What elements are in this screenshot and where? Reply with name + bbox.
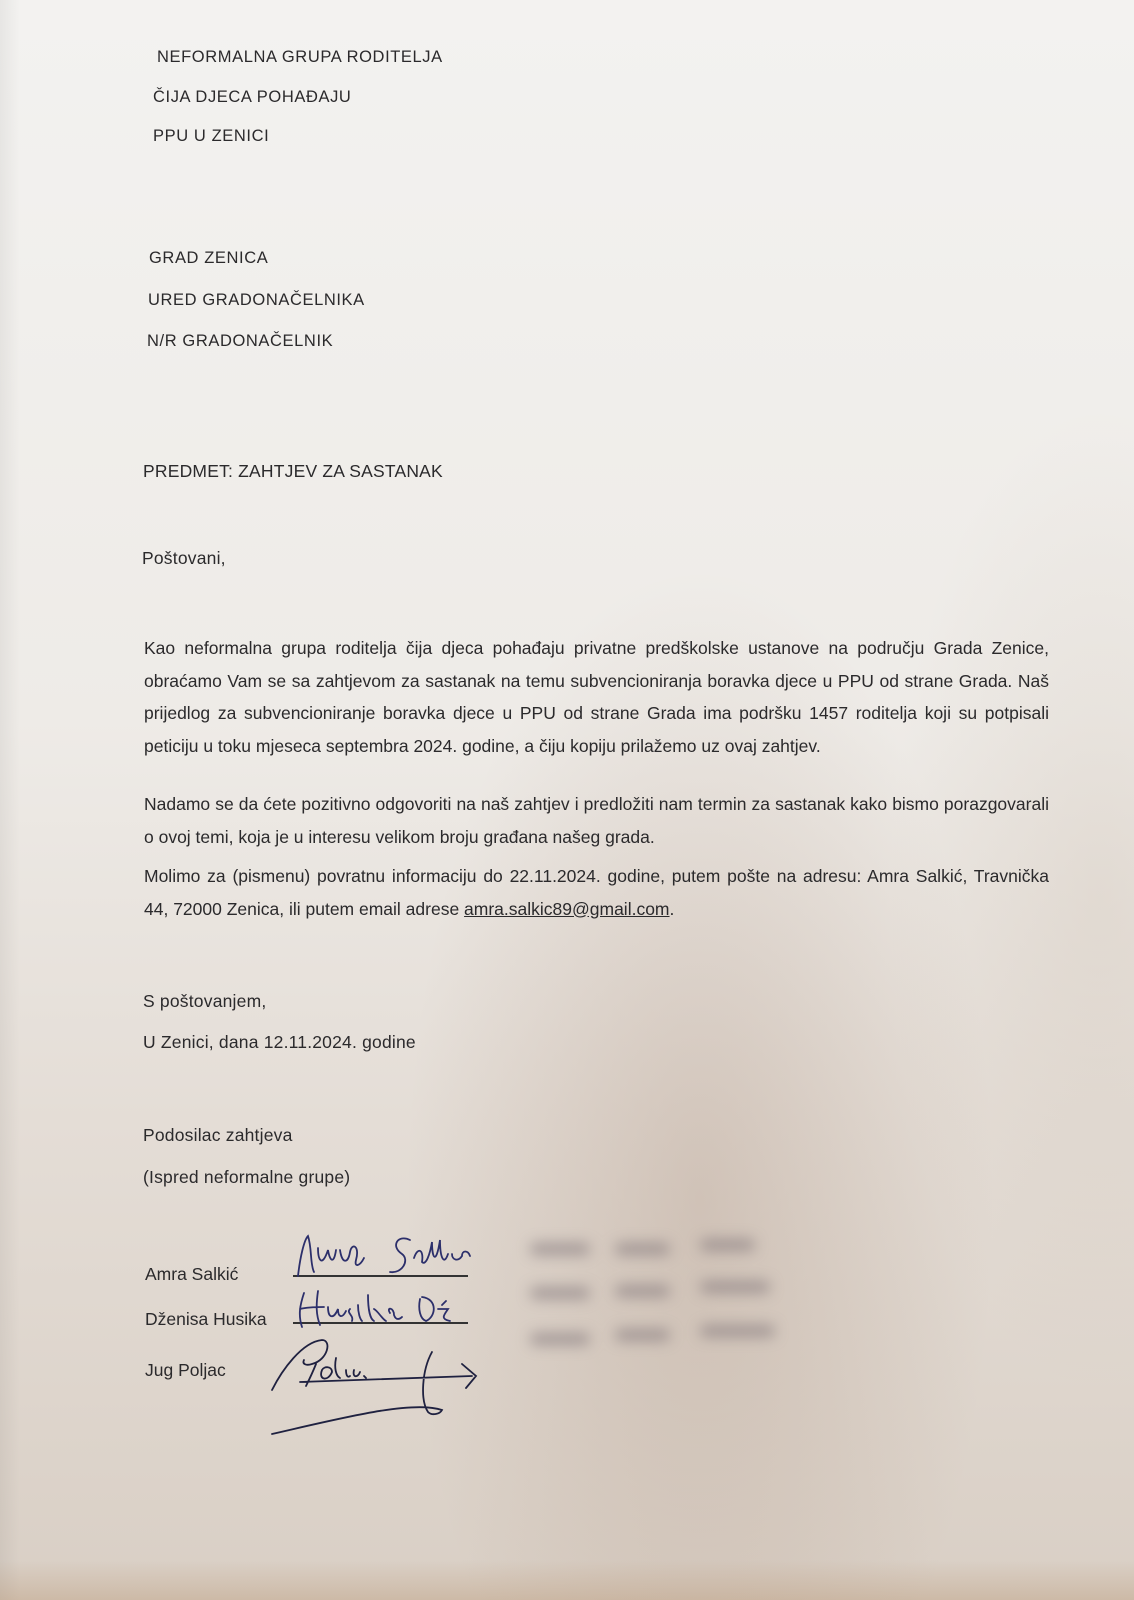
body-paragraph-2: Nadamo se da ćete pozitivno odgovoriti n… [144,788,1049,853]
signatory-name-1: Amra Salkić [145,1264,238,1285]
on-behalf-label: (Ispred neformalne grupe) [143,1167,350,1188]
sender-line-1: NEFORMALNA GRUPA RODITELJA [157,48,443,67]
closing-regards: S poštovanjem, [143,991,266,1012]
contact-text-end: . [670,899,675,919]
subject-line: PREDMET: ZAHTJEV ZA SASTANAK [143,461,443,482]
redacted-area [520,1225,790,1380]
signature-husika [290,1285,490,1335]
recipient-line-2: URED GRADONAČELNIKA [148,291,365,310]
signature-amra-salkic [290,1228,490,1283]
recipient-line-3: N/R GRADONAČELNIK [147,332,333,351]
body-paragraph-3: Molimo za (pismenu) povratnu informaciju… [144,860,1049,925]
salutation: Poštovani, [142,548,226,569]
sender-line-2: ČIJA DJECA POHAĐAJU [153,88,351,107]
place-date: U Zenici, dana 12.11.2024. godine [143,1032,416,1053]
email-link[interactable]: amra.salkic89@gmail.com [464,899,669,919]
paper-bottom-edge [0,1560,1134,1600]
applicant-label: Podosilac zahtjeva [143,1125,293,1146]
signatory-name-3: Jug Poljac [145,1360,226,1381]
signatory-name-2: Dženisa Husika [145,1309,267,1330]
signature-poljac [262,1330,492,1450]
body-paragraph-1: Kao neformalna grupa roditelja čija djec… [144,632,1049,762]
sender-line-3: PPU U ZENICI [153,127,269,146]
recipient-line-1: GRAD ZENICA [149,249,268,268]
